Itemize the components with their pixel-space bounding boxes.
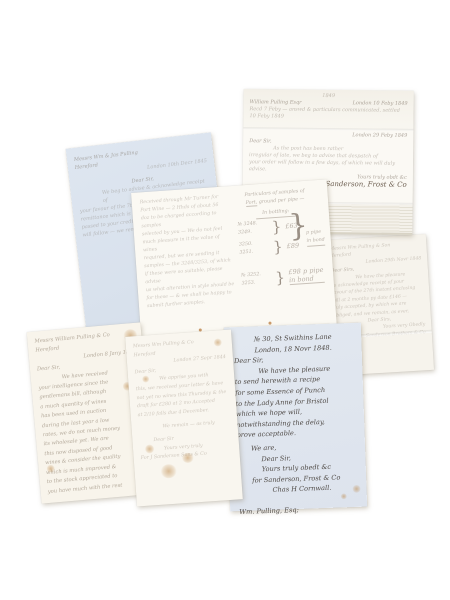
price-note: in bond	[289, 274, 324, 285]
letter-docket-fold: 1849 William Pulling Esqr London 10 Feby…	[243, 89, 413, 131]
letter-bottom-right: № 30, St Swithins Lane London, 18 Novr 1…	[224, 323, 367, 512]
brace: }	[275, 270, 286, 285]
brace: }	[271, 220, 282, 235]
docket-note: Recd 7 Feby — answd & particulars commun…	[249, 106, 407, 122]
foxing-stain	[341, 493, 347, 499]
wine-type: Port,	[246, 200, 258, 207]
samples-price-column: Particulars of samples of Port, ground p…	[229, 187, 328, 327]
lot-number: 3251.	[239, 247, 273, 257]
brace: }	[273, 240, 284, 255]
letter-wine-samples: Received through Mr Turner for Port Wine…	[131, 179, 337, 340]
letter-bottom-middle: Messrs Wm Pulling & Co Hereford London 2…	[125, 330, 243, 507]
lot-number: 3253.	[241, 278, 275, 288]
foxing-stain	[160, 464, 177, 479]
letter-text-column: Received through Mr Turner for Port Wine…	[140, 193, 239, 333]
lot-number: 3249.	[238, 227, 272, 237]
samples-header-rest: ground per pipe —	[259, 197, 305, 205]
photo-of-letters: 1849 William Pulling Esqr London 10 Feby…	[0, 0, 450, 600]
price-note: in bond	[306, 237, 325, 247]
foxing-stain	[352, 485, 360, 493]
foxing-stain	[181, 452, 194, 463]
addressee-footer: Wm. Pulling, Esq;	[239, 503, 358, 518]
